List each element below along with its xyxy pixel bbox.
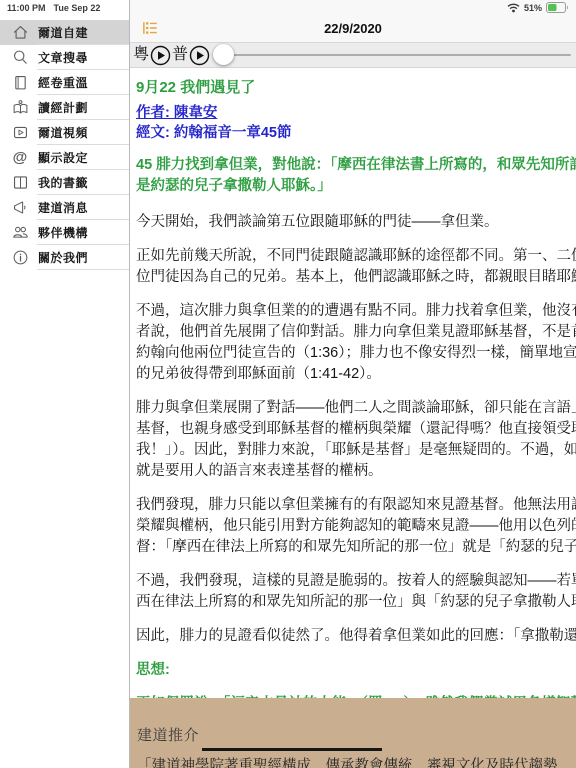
- open-book-icon: [11, 174, 29, 192]
- text-line: 位門徒因為自己的兄弟。基本上，他們認識耶穌之時，都親眼目睹耶穌在場。: [136, 267, 576, 288]
- text-line: 的兄弟彼得帶到耶穌面前（1:41-42）。: [136, 364, 576, 385]
- slider-knob[interactable]: [213, 44, 234, 65]
- paragraph: 今天開始，我們談論第五位跟隨耶穌的門徒——拿但業。: [136, 212, 576, 233]
- paragraph: 因此，腓力的見證看似徒然了。他得着拿但業如此的回應：「拿撒勒還能出甚麼: [136, 626, 576, 647]
- text-line: 基督，也親身感受到耶穌基督的權柄與榮耀（還記得嗎？他直接領受耶穌震懾的: [136, 419, 576, 440]
- text-line: 正如先前幾天所說，不同門徒跟隨認識耶穌的途徑都不同。第一、二位門徒是因: [136, 246, 576, 267]
- battery-icon: [546, 2, 569, 13]
- sidebar-item-label: 爾道視頻: [38, 124, 88, 141]
- sidebar-item-news[interactable]: 建道消息: [0, 195, 129, 220]
- current-date: 22/9/2020: [130, 21, 576, 36]
- text-line: 45 腓力找到拿但業，對他說：「摩西在律法書上所寫的，和眾先知所記的那一: [136, 155, 576, 176]
- promo-text: 「建道神學院著重聖經構成，傳承教會傳統，審視文化及時代趨勢: [137, 754, 576, 768]
- article-title: 9月22 我們遇見了: [136, 77, 576, 99]
- text-line: 就是要用人的語言來表達基督的權柄。: [136, 461, 576, 482]
- paragraph: 不過，這次腓力與拿但業的的遭遇有點不同。腓力找着拿但業，他沒有立即把他 者說，他…: [136, 301, 576, 385]
- wifi-icon: [507, 3, 520, 13]
- sidebar-item-scripture-review[interactable]: 經卷重溫: [0, 70, 129, 95]
- open-book-reader-icon: [11, 99, 29, 117]
- sidebar-item-bookmarks[interactable]: 我的書籤: [0, 170, 129, 195]
- sidebar-item-label: 顯示設定: [38, 149, 88, 166]
- status-bar: 11:00 PM Tue Sep 22 51%: [0, 0, 576, 15]
- text-line: 因此，腓力的見證看似徒然了。他得着拿但業如此的回應：「拿撒勒還能出甚麼: [136, 626, 576, 647]
- paragraph: 正如先前幾天所說，不同門徒跟隨認識耶穌的途徑都不同。第一、二位門徒是因 位門徒因…: [136, 246, 576, 288]
- sidebar-item-reading-plan[interactable]: 讀經計劃: [0, 95, 129, 120]
- text-line: 者說，他們首先展開了信仰對話。腓力向拿但業見證耶穌基督，不是首先藉着: [136, 322, 576, 343]
- app-screen: 11:00 PM Tue Sep 22 51%: [0, 0, 576, 768]
- status-time: 11:00 PM: [7, 3, 46, 13]
- text-line: 不過，我們發現，這樣的見證是脆弱的。按着人的經驗與認知——若單單以人的: [136, 571, 576, 592]
- scripture-verse: 45 腓力找到拿但業，對他說：「摩西在律法書上所寫的，和眾先知所記的那一 是約瑟…: [136, 155, 576, 197]
- sidebar-item-label: 關於我們: [38, 249, 88, 266]
- paragraph: 腓力與拿但業展開了對話——他們二人之間談論耶穌，卻只能在言語上談論耶穌 基督，也…: [136, 398, 576, 482]
- battery-percent: 51%: [524, 3, 542, 13]
- scripture-reference: 經文: 約翰福音一章45節: [136, 123, 576, 143]
- divider-bar: [202, 748, 382, 751]
- status-date: Tue Sep 22: [54, 3, 101, 13]
- people-icon: [11, 224, 29, 242]
- video-play-icon: [11, 124, 29, 142]
- text-line: 是約瑟的兒子拿撒勒人耶穌。」: [136, 176, 576, 197]
- author-link[interactable]: 作者: 陳韋安: [136, 103, 576, 123]
- text-line: 今天開始，我們談論第五位跟隨耶穌的門徒——拿但業。: [136, 212, 576, 233]
- text-line: 不過，這次腓力與拿但業的的遭遇有點不同。腓力找着拿但業，他沒有立即把他: [136, 301, 576, 322]
- sidebar-item-label: 讀經計劃: [38, 99, 88, 116]
- sidebar-item-display-settings[interactable]: @ 顯示設定: [0, 145, 129, 170]
- cantonese-label: 粵: [133, 47, 149, 63]
- audio-player-bar: 粵 普: [130, 43, 576, 68]
- sidebar-item-label: 我的書籤: [38, 174, 88, 191]
- sidebar-item-partners[interactable]: 夥伴機構: [0, 220, 129, 245]
- text-line: 西在律法上所寫的和眾先知所記的那一位」與「約瑟的兒子拿撒勒人耶穌」兩者: [136, 592, 576, 613]
- main-panel: 22/9/2020 粵 普 9月22 我們遇見了 作者: 陳韋安 經文: 約翰福…: [130, 0, 576, 768]
- promo-heading: 建道推介: [137, 724, 576, 745]
- sidebar-item-label: 爾道自建: [38, 24, 88, 41]
- slider-track[interactable]: [223, 54, 571, 56]
- sidebar-item-label: 文章搜尋: [38, 49, 88, 66]
- mandarin-label: 普: [172, 47, 188, 63]
- sidebar-item-home[interactable]: 爾道自建: [0, 20, 129, 45]
- sidebar: 爾道自建 文章搜尋 經卷重溫 讀經計劃 爾道視頻: [0, 0, 130, 768]
- text-line: 我們發現，腓力只能以拿但業擁有的有限認知來見證基督。他無法用語言或對方: [136, 495, 576, 516]
- text-line: 督：「摩西在律法上所寫的和眾先知所記的那一位」就是「約瑟的兒子拿撒勒人: [136, 537, 576, 558]
- sidebar-item-label: 經卷重溫: [38, 74, 88, 91]
- text-line: 榮耀與權柄，他只能引用對方能夠認知的範疇來見證——他用以色列的傳統與律: [136, 516, 576, 537]
- info-icon: [11, 249, 29, 267]
- mandarin-play-button[interactable]: [189, 45, 210, 66]
- cantonese-play-button[interactable]: [150, 45, 171, 66]
- reflection-heading: 思想:: [136, 660, 576, 681]
- audio-progress-slider[interactable]: [211, 43, 576, 68]
- sidebar-item-label: 建道消息: [38, 199, 88, 216]
- booklet-icon: [11, 74, 29, 92]
- text-line: 思想:: [136, 660, 576, 681]
- article-body: 9月22 我們遇見了 作者: 陳韋安 經文: 約翰福音一章45節 45 腓力找到…: [130, 68, 576, 757]
- text-line: 約翰向他兩位門徒宣告的（1:36）；腓力也不像安得烈一樣，簡單地宣稱自己遇: [136, 343, 576, 364]
- text-line: 腓力與拿但業展開了對話——他們二人之間談論耶穌，卻只能在言語上談論耶穌: [136, 398, 576, 419]
- home-icon: [11, 24, 29, 42]
- sidebar-item-article-search[interactable]: 文章搜尋: [0, 45, 129, 70]
- text-line: 我！」）。因此，對腓力來說，「耶穌是基督」是毫無疑問的。不過，如今腓力: [136, 440, 576, 461]
- paragraph: 不過，我們發現，這樣的見證是脆弱的。按着人的經驗與認知——若單單以人的 西在律法…: [136, 571, 576, 613]
- at-sign-icon: @: [11, 149, 29, 167]
- sidebar-item-videos[interactable]: 爾道視頻: [0, 120, 129, 145]
- megaphone-icon: [11, 199, 29, 217]
- search-icon: [11, 49, 29, 67]
- paragraph: 我們發現，腓力只能以拿但業擁有的有限認知來見證基督。他無法用語言或對方 榮耀與權…: [136, 495, 576, 558]
- sidebar-item-label: 夥伴機構: [38, 224, 88, 241]
- sidebar-item-about[interactable]: 關於我們: [0, 245, 129, 270]
- promo-section: 建道推介 「建道神學院著重聖經構成，傳承教會傳統，審視文化及時代趨勢: [130, 698, 576, 768]
